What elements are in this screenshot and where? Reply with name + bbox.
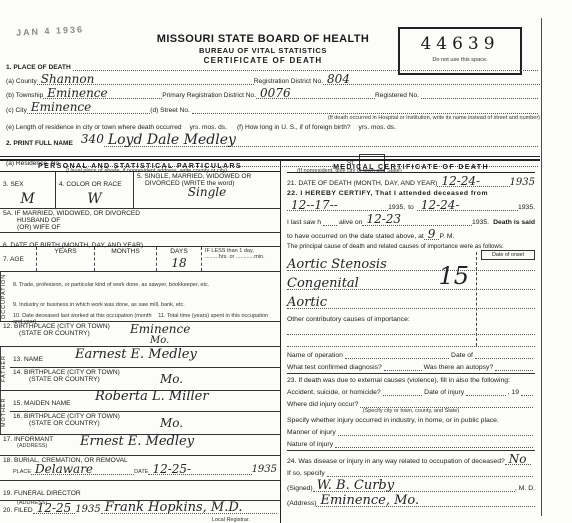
primary-district-value: 0076: [256, 88, 375, 99]
age-years-label: YEARS: [40, 248, 91, 255]
filler-dots: [521, 387, 533, 396]
md-label: , M. D.: [515, 485, 535, 492]
manner-line: Manner of injury: [287, 427, 535, 436]
cause-line-2: Congenital: [287, 271, 535, 290]
occurred-line: to have occurred on the date stated abov…: [287, 229, 535, 240]
spouse-husband-label: HUSBAND OF: [3, 217, 277, 224]
death-certificate-scan: JAN 4 1936 MISSOURI STATE BOARD OF HEALT…: [0, 0, 572, 523]
cause-value-3: Aortic: [287, 297, 327, 308]
last-saw-date-value: 12-23: [362, 214, 472, 225]
filler-dots: [345, 350, 449, 359]
where-note-line: (Specify city or town, county, and State…: [287, 408, 535, 414]
filler-dots: [383, 387, 422, 396]
autopsy-label: Was there an autopsy?: [424, 364, 494, 371]
occurred-label: to have occurred on the date stated abov…: [287, 233, 424, 240]
residence-length-units: yrs. mos. ds.: [190, 124, 227, 131]
operation-date-label: Date of: [451, 352, 473, 359]
where-injury-label: Where did injury occur?: [287, 401, 358, 408]
mother-name-value: Roberta L. Miller: [95, 391, 209, 402]
filler-dots: [384, 362, 422, 371]
attended-from-value: 12--17--: [287, 200, 388, 211]
where-note: (Specify city or town, county, and State…: [363, 408, 460, 414]
foreign-birth-units: yrs. mos. ds.: [359, 124, 396, 131]
test-label: What test confirmed diagnosis?: [287, 364, 382, 371]
occurred-meridiem: P. M.: [439, 233, 454, 240]
father-birthplace-field: 14. BIRTHPLACE (CITY OR TOWN) (STATE OR …: [10, 367, 280, 389]
filler-dots: [327, 468, 533, 477]
board-title: MISSOURI STATE BOARD OF HEALTH: [138, 33, 388, 45]
birthplace-value: Eminence: [130, 324, 190, 334]
operation-line: Name of operation Date of: [287, 350, 535, 359]
date-of-death-year: 1935: [510, 179, 535, 188]
county-label: (a) County: [6, 78, 37, 85]
father-birthplace-sub-label: (STATE OR COUNTRY): [13, 376, 277, 383]
house-number-value: 340: [81, 134, 104, 144]
attended-from-year: 1935,: [388, 204, 405, 211]
nature-label: Nature of injury: [287, 441, 333, 448]
registrar-signature: Frank Hopkins, M.D.: [101, 502, 277, 514]
date-of-onset-box: Date of onset: [481, 250, 535, 260]
personal-particulars-column: PERSONAL AND STATISTICAL PARTICULARS 3. …: [0, 161, 281, 523]
date-of-birth-field: 6. DATE OF BIRTH (MONTH, DAY, AND YEAR): [0, 233, 280, 247]
injury-year-label: , 19: [508, 389, 519, 396]
father-name-field: 13. NAME Earnest E. Medley: [10, 347, 280, 368]
where-injury-line: Where did injury occur?: [287, 399, 535, 408]
signed-line: (Signed) W. B. Curby , M. D.: [287, 480, 535, 492]
local-registrar-label: Local Registrar.: [212, 517, 250, 523]
street-no-label: (d) Street No.: [150, 107, 190, 114]
death-said-label: Death is said: [493, 219, 535, 226]
burial-place-value: Delaware: [31, 464, 134, 475]
contributory-causes-area: Other contributory causes of importance:: [287, 316, 535, 347]
spouse-label: 5A. IF MARRIED, WIDOWED, OR DIVORCED: [3, 210, 277, 217]
filed-date-value: 12-25: [33, 503, 76, 514]
registration-district-value: 804: [323, 74, 540, 85]
spouse-field: 5A. IF MARRIED, WIDOWED, OR DIVORCED HUS…: [0, 209, 280, 233]
last-saw-line: I last saw h alive on 12-23 1935. Death …: [287, 214, 535, 225]
cause-value-2: Congenital: [287, 278, 359, 289]
attended-dates-line: 12--17-- 1935, to 12-24- 1935.: [287, 200, 535, 211]
injury-date-label: Date of injury: [424, 389, 464, 396]
place-of-death-label: 1. PLACE OF DEATH: [6, 64, 71, 71]
address-line: (Address) Eminence, Mo.: [287, 495, 535, 507]
physician-signature: W. B. Curby: [313, 480, 515, 492]
last-saw-label: I last saw h: [287, 219, 321, 226]
contributory-label: Other contributory causes of importance:: [287, 316, 410, 323]
cause-line-3: Aortic: [287, 290, 535, 309]
sex-value: M: [3, 194, 52, 206]
city-label: (c) City: [6, 107, 27, 114]
certify-label: 22. I HEREBY CERTIFY, That I attended de…: [287, 190, 488, 197]
filler-dots: [73, 62, 538, 71]
father-group: FATHER 13. NAME Earnest E. Medley 14. BI…: [0, 347, 280, 391]
mother-birthplace-sub-label: (STATE OR COUNTRY): [13, 420, 277, 427]
occupation-related-label: 24. Was disease or injury in any way rel…: [287, 458, 505, 465]
physician-address-value: Eminence, Mo.: [316, 495, 535, 507]
occupation-industry-field: 9. Industry or business in which work wa…: [10, 292, 280, 312]
filed-field: 20. FILED 12-25 1935 Frank Hopkins, M.D.…: [0, 501, 280, 523]
filler-dots: [393, 138, 538, 147]
county-value: Shannon: [37, 74, 254, 85]
residence-length-label: (e) Length of residence in city or town …: [6, 124, 182, 131]
principal-cause-label: The principal cause of death and related…: [287, 243, 504, 250]
occupation-rows: 8. Trade, profession, or particular kind…: [10, 272, 280, 321]
filler-dots: [338, 427, 533, 436]
mother-name-label: 15. MAIDEN NAME: [13, 400, 71, 407]
external-causes-label: 23. If death was due to external causes …: [287, 377, 510, 384]
burial-field: 18. BURIAL, CREMATION, OR REMOVAL PLACE …: [0, 456, 280, 482]
occurred-time-value: 9: [424, 229, 440, 240]
spouse-wife-label: (OR) WIFE OF: [3, 224, 277, 231]
filler-dots: [466, 387, 505, 396]
section-divider-rule: [0, 156, 540, 157]
burial-year-value: 1935: [252, 466, 277, 475]
medical-certificate-column: MEDICAL CERTIFICATE OF DEATH 21. DATE OF…: [281, 161, 540, 523]
principal-cause-line: The principal cause of death and related…: [287, 243, 535, 250]
hospital-note: (If death occurred in Hospital or Instit…: [328, 115, 540, 121]
primary-district-label: Primary Registration District No.: [162, 92, 256, 99]
document-header: MISSOURI STATE BOARD OF HEALTH BUREAU OF…: [138, 33, 388, 65]
race-value: W: [59, 194, 130, 206]
cause-of-death-area: Date of onset Aortic Stenosis Congenital…: [287, 252, 535, 312]
mother-group: MOTHER 15. MAIDEN NAME Roberta L. Miller…: [0, 391, 280, 435]
certify-statement: 22. I HEREBY CERTIFY, That I attended de…: [287, 190, 535, 197]
foreign-birth-label: (f) How long in U. S., if of foreign bir…: [237, 124, 351, 131]
sex-race-marital-row: 3. SEX M 4. COLOR OR RACE W 5. SINGLE, M…: [0, 172, 280, 209]
form-columns: PERSONAL AND STATISTICAL PARTICULARS 3. …: [0, 159, 540, 523]
age-less-than-day-label: IF LESS than 1 day, .........hrs. or ...…: [205, 248, 277, 260]
occupation-related-value: No: [505, 454, 531, 465]
date-of-death-value: 12-24-: [437, 176, 509, 187]
specify-line: Specify whether injury occurred in indus…: [287, 417, 535, 424]
scan-artifact-line: [541, 18, 542, 516]
full-name-value: Loyd Dale Medley: [104, 135, 391, 148]
birthplace-state-value: Mo.: [150, 337, 169, 346]
external-causes-line: 23. If death was due to external causes …: [287, 377, 535, 384]
filler-dots: [335, 439, 533, 448]
contributory-line: Other contributory causes of importance:: [287, 316, 535, 323]
age-field: 7. AGE: [0, 247, 36, 272]
filed-year-value: 1935: [75, 506, 100, 515]
mother-birthplace-field: 16. BIRTHPLACE (CITY OR TOWN) (STATE OR …: [10, 411, 280, 433]
last-saw-year: 1935.: [472, 219, 489, 226]
operation-label: Name of operation: [287, 352, 343, 359]
occupation-group: OCCUPATION 8. Trade, profession, or part…: [0, 272, 280, 322]
registered-no-label: Registered No.: [375, 92, 419, 99]
father-side-label: FATHER: [0, 347, 10, 390]
blank-dotted-line: [287, 335, 535, 347]
father-name-label: 13. NAME: [13, 356, 43, 363]
age-label: 7. AGE: [3, 256, 24, 263]
date-of-death-field: 21. DATE OF DEATH (MONTH, DAY, AND YEAR)…: [287, 176, 535, 187]
medical-column-header: MEDICAL CERTIFICATE OF DEATH: [287, 162, 535, 173]
filed-label: 20. FILED: [3, 507, 33, 514]
registration-district-label: Registration District No.: [254, 78, 323, 85]
diagnosis-line: What test confirmed diagnosis? Was there…: [287, 362, 535, 374]
sex-field: 3. SEX M: [0, 172, 55, 208]
age-days-value: 18: [160, 258, 198, 268]
mother-side-label: MOTHER: [0, 391, 10, 434]
physician-address-label: (Address): [287, 500, 316, 507]
age-months-field: MONTHS: [94, 247, 156, 272]
accident-label: Accident, suicide, or homicide?: [287, 389, 381, 396]
occupation-industry-label: 9. Industry or business in which work wa…: [13, 302, 185, 308]
nature-line: Nature of injury: [287, 439, 535, 451]
occupation-related-line: 24. Was disease or injury in any way rel…: [287, 454, 535, 465]
city-value: Eminence: [27, 102, 150, 113]
burial-date-value: 12-25-: [148, 464, 251, 475]
father-rows: 13. NAME Earnest E. Medley 14. BIRTHPLAC…: [10, 347, 280, 390]
signed-label: (Signed): [287, 485, 313, 492]
burial-place-label: PLACE: [13, 469, 31, 475]
marital-value: Single: [137, 187, 277, 197]
marital-field: 5. SINGLE, MARRIED, WIDOWED OR DIVORCED …: [133, 172, 280, 208]
occupation-side-label: OCCUPATION: [0, 272, 10, 321]
age-years-field: YEARS: [36, 247, 94, 272]
to-label: to: [408, 204, 414, 211]
filler-dots: [323, 217, 337, 226]
marital-label: 5. SINGLE, MARRIED, WIDOWED OR: [137, 173, 277, 180]
filler-dots: [475, 350, 533, 359]
attended-to-value: 12-24-: [417, 200, 518, 211]
township-label: (b) Township: [6, 92, 43, 99]
full-name-label: 2. PRINT FULL NAME: [6, 140, 73, 147]
birthplace-field: 12. BIRTHPLACE (CITY OR TOWN) (STATE OR …: [0, 322, 280, 347]
mother-birthplace-value: Mo.: [160, 418, 183, 428]
occupation-trade-field: 8. Trade, profession, or particular kind…: [10, 272, 280, 292]
sex-label: 3. SEX: [3, 181, 24, 188]
mother-rows: 15. MAIDEN NAME Roberta L. Miller 16. BI…: [10, 391, 280, 434]
if-so-line: If so, specify: [287, 468, 535, 477]
race-label: 4. COLOR OR RACE: [59, 181, 122, 188]
burial-date-label: DATE: [134, 469, 148, 475]
informant-value: Ernest E. Medley: [80, 436, 194, 447]
race-field: 4. COLOR OR RACE W: [55, 172, 133, 208]
filler-dots: [192, 105, 538, 114]
age-days-field: DAYS 18: [156, 247, 201, 272]
funeral-director-label: 19. FUNERAL DIRECTOR: [3, 490, 81, 497]
if-so-label: If so, specify: [287, 470, 325, 477]
certificate-number: 44639: [400, 34, 520, 54]
funeral-director-field: 19. FUNERAL DIRECTOR (ADDRESS): [0, 481, 280, 501]
age-days-label: DAYS: [160, 248, 198, 255]
age-row: 7. AGE YEARS MONTHS DAYS 18 IF LESS than…: [0, 247, 280, 273]
cause-value-1: Aortic Stenosis: [287, 259, 387, 270]
occupation-trade-label: 8. Trade, profession, or particular kind…: [13, 282, 209, 288]
personal-column-header: PERSONAL AND STATISTICAL PARTICULARS: [0, 161, 280, 172]
age-less-than-day-field: IF LESS than 1 day, .........hrs. or ...…: [201, 247, 280, 272]
father-birthplace-label: 14. BIRTHPLACE (CITY OR TOWN): [13, 369, 277, 376]
accident-line: Accident, suicide, or homicide? Date of …: [287, 387, 535, 396]
father-name-value: Earnest E. Medley: [75, 349, 197, 360]
informant-field: 17. INFORMANT (ADDRESS) Ernest E. Medley: [0, 435, 280, 456]
onset-value: 15: [438, 266, 469, 286]
attended-to-year: 1935.: [518, 204, 535, 211]
filler-dots: [360, 399, 533, 408]
date-of-death-label: 21. DATE OF DEATH (MONTH, DAY, AND YEAR): [287, 180, 437, 187]
mother-name-field: 15. MAIDEN NAME Roberta L. Miller: [10, 391, 280, 412]
age-months-label: MONTHS: [98, 248, 153, 255]
filler-dots: [495, 362, 533, 371]
manner-label: Manner of injury: [287, 429, 336, 436]
father-birthplace-value: Mo.: [160, 374, 183, 384]
alive-on-label: alive on: [339, 219, 362, 226]
township-value: Eminence: [43, 88, 162, 99]
blank-dotted-line: [287, 323, 535, 335]
filler-dots: [421, 90, 538, 99]
mother-birthplace-label: 16. BIRTHPLACE (CITY OR TOWN): [13, 413, 277, 420]
received-date-stamp: JAN 4 1936: [16, 24, 84, 38]
bureau-subtitle: BUREAU OF VITAL STATISTICS: [138, 46, 388, 55]
date-of-onset-label: Date of onset: [492, 252, 524, 258]
specify-label: Specify whether injury occurred in indus…: [287, 417, 499, 424]
